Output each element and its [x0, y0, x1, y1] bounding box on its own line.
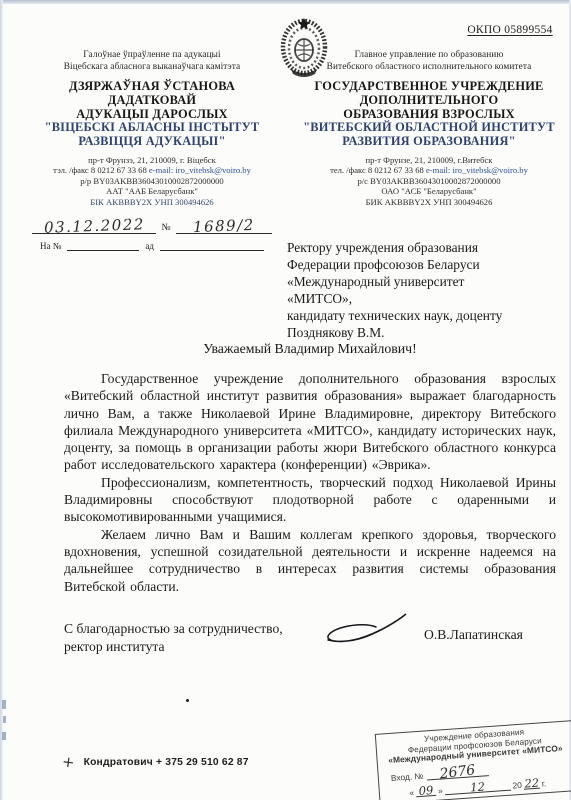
- org-name-line: ДОПОЛНИТЕЛЬНОГО: [298, 94, 560, 108]
- handwritten-cross-mark: +: [61, 752, 76, 771]
- handwritten-year: 22: [524, 775, 540, 790]
- scan-artifact: [3, 716, 6, 723]
- bank-name: ААТ "ААБ Беларусбанк": [21, 186, 283, 196]
- recipient-line: Позднякову В.М.: [287, 324, 559, 341]
- org-name-line: ДЗЯРЖАЎНАЯ ЎСТАНОВА: [21, 80, 283, 94]
- recipient-line: Ректору учреждения образования: [287, 239, 559, 256]
- org-name-line: ОБРАЗОВАНИЯ ВЗРОСЛЫХ: [298, 108, 560, 122]
- okpo-code: ОКПО 05899554: [452, 24, 568, 36]
- email: e-mail: iro_vitebsk@voiro.by: [149, 165, 251, 175]
- scanned-letter-page: ОКПО 05899554 Галоўнае ўпраўленне па аду…: [0, 0, 571, 800]
- authority-line: Главное управление по образованию: [298, 50, 560, 62]
- bank-codes: БИК AKBBBY2X УНП 300494626: [298, 197, 560, 207]
- closing-line: С благодарностью за сотрудничество,: [64, 620, 283, 638]
- executor-block: + Кондратович + 375 29 510 62 87: [62, 753, 249, 771]
- phone: тел. /факс 8 0212 67 33 68: [330, 165, 424, 175]
- signer-name: О.В.Лапатинская: [424, 627, 523, 643]
- na-number-blank: [67, 240, 139, 251]
- handwritten-number: 1689/2: [192, 216, 254, 236]
- closing-line: ректор института: [64, 638, 283, 656]
- scan-edge-left: [0, 0, 3, 800]
- address-line: пр-т Фрунзе, 21, 210009, г.Витебск: [298, 155, 560, 165]
- org-name-line: "ВИТЕБСКИЙ ОБЛАСТНОЙ ИНСТИТУТ: [298, 121, 560, 135]
- scan-artifact: [2, 732, 6, 740]
- handwritten-day: 09: [418, 783, 434, 798]
- recipient-line: Федерации профсоюзов Беларуси: [287, 256, 559, 273]
- org-name-line: "ВІЦЕБСКІ АБЛАСНЫ ІНСТЫТУТ: [21, 121, 283, 135]
- org-name-line: АДУКАЦЫІ ДАРОСЛЫХ: [21, 108, 283, 122]
- paragraph: Государственное учреждение дополнительно…: [64, 370, 556, 474]
- number-field: 1689/2: [176, 214, 272, 234]
- address-line: пр-т Фрунзэ, 21, 210009, г. Віцебск: [21, 155, 283, 165]
- quote-open: «: [409, 787, 414, 797]
- authority-line: Галоўнае ўпраўленне па адукацыі: [21, 50, 283, 62]
- org-name-line: ГОСУДАРСТВЕННОЕ УЧРЕЖДЕНИЕ: [298, 80, 560, 94]
- stamp-day-field: 09: [415, 781, 436, 797]
- reply-ref-row: На № ад: [21, 240, 283, 251]
- signature-icon: [322, 610, 412, 655]
- stamp-year-field: 22: [523, 773, 540, 789]
- bank-codes: БІК AKBBBY2X УНП 300494626: [21, 197, 283, 207]
- scan-artifact: [2, 700, 6, 709]
- authority-line: Віцебскага абласнога выканаўчага камітэт…: [21, 62, 283, 74]
- recipient-line: кандидату технических наук, доценту: [287, 307, 559, 324]
- org-name-line: РАЗВІЦЦЯ АДУКАЦЫІ": [21, 135, 283, 149]
- date-field: 03.12.2022: [32, 214, 156, 234]
- paragraph: Профессионализм, компетентность, творчес…: [64, 474, 556, 526]
- letterhead-left-column: Галоўнае ўпраўленне па адукацыі Віцебска…: [21, 50, 283, 251]
- salutation: Уважаемый Владимир Михайлович!: [64, 341, 556, 357]
- scan-speck: [186, 699, 189, 702]
- phone: тэл. /факс 8 0212 67 33 68: [53, 165, 147, 175]
- recipient-block: Ректору учреждения образования Федерации…: [287, 239, 559, 341]
- ad-label: ад: [145, 241, 154, 251]
- number-sign: №: [161, 223, 170, 234]
- bank-name: ОАО "АСБ "Беларусбанк": [298, 186, 560, 196]
- authority-line: Витебского областного исполнительного ко…: [298, 62, 560, 74]
- incoming-stamp: Учреждение образования Федерации профсою…: [375, 720, 571, 800]
- quote-close: »: [438, 785, 443, 795]
- stamp-year-suffix: г.: [541, 778, 546, 788]
- executor-contact: Кондратович + 375 29 510 62 87: [84, 757, 249, 768]
- na-label: На №: [40, 241, 61, 251]
- stamp-year-prefix: 20: [512, 780, 522, 791]
- handwritten-month: 12: [470, 779, 486, 794]
- address-line: тел. /факс 8 0212 67 33 68 e-mail: iro_v…: [298, 165, 560, 175]
- email: e-mail: iro_vitebsk@voiro.by: [426, 165, 528, 175]
- address-line: тэл. /факс 8 0212 67 33 68 e-mail: iro_v…: [21, 165, 283, 175]
- scan-edge-top: [0, 0, 571, 4]
- signoff-block: С благодарностью за сотрудничество, рект…: [64, 620, 283, 655]
- recipient-line: «МИТСО»,: [287, 290, 559, 307]
- outgoing-ref-row: 03.12.2022 № 1689/2: [21, 212, 283, 234]
- bank-account: р/с BY03AKBB36043010002872000000: [298, 176, 560, 186]
- org-name-line: РАЗВИТИЯ ОБРАЗОВАНИЯ": [298, 135, 560, 149]
- recipient-line: «Международный университет: [287, 273, 559, 290]
- letter-body: Государственное учреждение дополнительно…: [64, 370, 556, 595]
- letterhead-right-column: Главное управление по образованию Витебс…: [298, 50, 560, 207]
- handwritten-date: 03.12.2022: [44, 215, 145, 237]
- paragraph: Желаем лично Вам и Вашим коллегам крепко…: [64, 526, 556, 595]
- ad-date-blank: [160, 240, 264, 251]
- org-name-line: ДАДАТКОВАЙ: [21, 94, 283, 108]
- bank-account: р/р BY03AKBB36043010002872000000: [21, 176, 283, 186]
- stamp-month-field: 12: [444, 775, 511, 795]
